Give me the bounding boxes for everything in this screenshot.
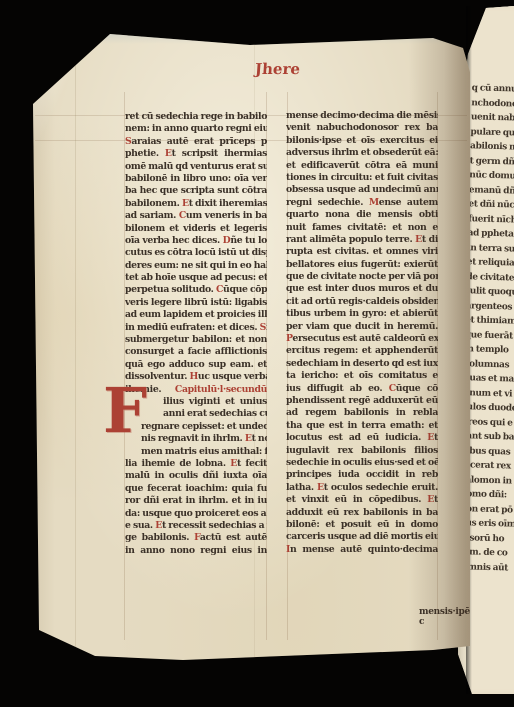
ink-text: t dixit iheremias bbox=[189, 198, 267, 209]
text-line: nem: in anno quarto regni eius bbox=[125, 123, 267, 135]
text-line: bilonis·ipse et oīs exercitus ei bbox=[286, 135, 438, 147]
ink-text: in mediū eufraten: et dices. bbox=[125, 322, 260, 333]
text-line: ret cū sedechia rege in babilo bbox=[125, 111, 267, 123]
text-line: nuit fames civitatē: et non e bbox=[286, 222, 438, 234]
ink-text: phetie. bbox=[125, 148, 165, 159]
ink-text: nis regnavit in ihrlm. bbox=[141, 433, 245, 444]
text-line: men matris eius amithal: fi bbox=[125, 446, 267, 458]
text-line: adduxit eū rex babilonis in ba bbox=[286, 507, 438, 519]
ink-text: ersecutus est autē caldeorū ex bbox=[292, 333, 438, 344]
text-line: regni sedechie. Mense autem bbox=[286, 197, 438, 209]
text-line: ba hec que scripta sunt cōtra bbox=[125, 185, 267, 197]
rubric-text: E bbox=[182, 198, 189, 209]
ink-text: araias autē erat prīceps p bbox=[131, 136, 267, 147]
ink-text: babilonē in libro uno: oīa ver bbox=[125, 173, 267, 184]
ink-text: submergetur babilon: et non bbox=[125, 334, 267, 345]
text-line: da: usque quo proiceret eos a faci bbox=[125, 508, 267, 520]
text-line: phetie. Et scripsit ihermias bbox=[125, 148, 267, 160]
ink-text: um veneris in ba bbox=[186, 210, 267, 221]
rubric-text: E bbox=[165, 148, 172, 159]
ink-text: perpetua solitudo. bbox=[125, 284, 216, 295]
rubric-text: C bbox=[389, 383, 396, 394]
text-line: et vinxit eū in cōpedibus. Et bbox=[286, 494, 438, 506]
ink-text: tiones in circuitu: et fuit civitas bbox=[286, 172, 438, 183]
manuscript-page: Jhere ret cū sedechia rege in babilonem:… bbox=[33, 30, 470, 675]
ink-text: ense autem bbox=[379, 197, 438, 208]
text-line: ror dñi erat in ihrlm. et in iu bbox=[125, 495, 267, 507]
next-leaf-text-line: uenit nab bbox=[471, 110, 514, 126]
ink-text: mense decimo·decima die mēsis bbox=[286, 110, 438, 121]
ink-text: rant alimēta populo terre. bbox=[286, 234, 415, 245]
illuminated-initial: F bbox=[103, 382, 147, 440]
ink-text: ūque cō bbox=[396, 383, 438, 394]
rubric-text: E bbox=[245, 433, 252, 444]
text-line: consurget a facie afflictionis bbox=[125, 346, 267, 358]
text-line: perpetua solitudo. Cūque cōple bbox=[125, 284, 267, 296]
text-line: carceris usque ad diē mortis eius. bbox=[286, 531, 438, 543]
ink-text: e sua. bbox=[125, 520, 155, 531]
text-line: rupta est civitas. et omnes viri bbox=[286, 246, 438, 258]
text-line: quarto nona die mensis obti bbox=[286, 209, 438, 221]
ink-text: bellatores eius fugerūt: exierūt bbox=[286, 259, 438, 270]
parchment-crease bbox=[75, 36, 76, 668]
ink-text: ius diffugit ab eo. bbox=[286, 383, 389, 394]
right-text-column: mense decimo·decima die mēsisvenit nabuc… bbox=[286, 110, 438, 556]
ink-text: men matris eius amithal: fi bbox=[141, 446, 267, 457]
ink-text: sedechie in oculis eius·sed et oēs bbox=[286, 457, 438, 468]
text-line: que fecerat ioachim: quia fu bbox=[125, 483, 267, 495]
text-line: phendissent regē adduxerūt eū bbox=[286, 395, 438, 407]
ink-text: ñe tu lo bbox=[230, 235, 267, 246]
text-line: Persecutus est autē caldeorū ex bbox=[286, 333, 438, 345]
text-line: lia ihemie de lobna. Et fecit bbox=[125, 458, 267, 470]
ink-text: ba hec que scripta sunt cōtra bbox=[125, 185, 267, 196]
ink-text: t di bbox=[422, 234, 438, 245]
ink-text: t bbox=[434, 494, 438, 505]
ink-text: ic bbox=[266, 322, 267, 333]
text-line: ad sariam. Cum veneris in ba bbox=[125, 210, 267, 222]
text-line: iugulavit rex babilonis filios bbox=[286, 445, 438, 457]
text-line: venit nabuchodonosor rex ba bbox=[286, 122, 438, 134]
text-line: ge babilonis. Factū est autē bbox=[125, 532, 267, 544]
ink-text: ūque cōple bbox=[223, 284, 267, 295]
text-line: tha que est in terra emath: et bbox=[286, 420, 438, 432]
ink-text: uc usque verba bbox=[198, 371, 267, 382]
ink-text: t no bbox=[252, 433, 267, 444]
ink-text: obsessa usque ad undecimū annū bbox=[286, 184, 438, 195]
text-line: babilonem. Et dixit iheremias bbox=[125, 198, 267, 210]
text-line: e sua. Et recessit sedechias a re bbox=[125, 520, 267, 532]
rubric-text: E bbox=[415, 234, 422, 245]
text-line: adversus ihrlm et obsederūt eā: bbox=[286, 147, 438, 159]
ink-text: carceris usque ad diē mortis eius. bbox=[286, 531, 438, 542]
ink-text: ilius viginti et unius bbox=[163, 396, 267, 407]
rubric-text: E bbox=[317, 482, 324, 493]
ink-text: bilonē: et posuit eū in domo bbox=[286, 519, 438, 530]
text-line: Saraias autē erat prīceps p bbox=[125, 136, 267, 148]
ink-text: cit ad ortū regis·caldeis obsiden bbox=[286, 296, 438, 307]
ink-text: nem: in anno quarto regni eius bbox=[125, 123, 267, 134]
next-leaf-text-line: et reliquias bbox=[467, 255, 514, 271]
ink-text: quā ego adduco sup eam. et bbox=[125, 359, 267, 370]
next-leaf-text-line: et thimiama bbox=[465, 313, 514, 329]
ink-text: tibus urbem in gyro: et abierūt bbox=[286, 308, 438, 319]
ink-text: ta iericho: et oīs comitatus e bbox=[286, 370, 438, 381]
ink-text: anni erat sedechias cum bbox=[163, 408, 267, 419]
catchword: mensis·ipē c bbox=[419, 607, 470, 627]
text-line: que de civitate nocte per viā porte bbox=[286, 271, 438, 283]
text-line: obsessa usque ad undecimū annū bbox=[286, 184, 438, 196]
text-line: babilonē in libro uno: oīa ver bbox=[125, 173, 267, 185]
ink-text: bilonem et videris et legeris bbox=[125, 223, 267, 234]
text-line: in mediū eufraten: et dices. Sic bbox=[125, 322, 267, 334]
ink-text: que est inter duos muros et du bbox=[286, 283, 438, 294]
ink-text: babilonem. bbox=[125, 198, 182, 209]
text-line: deres eum: ne sit qui in eo habi bbox=[125, 260, 267, 272]
ink-text: adversus ihrlm et obsederūt eā: bbox=[286, 147, 438, 158]
next-leaf-text-line: et dñi nūcij bbox=[468, 197, 514, 213]
text-line: in anno nono regni eius in bbox=[125, 545, 267, 557]
text-line: ercitus regem: et apphenderūt bbox=[286, 345, 438, 357]
ink-text: ad eum lapidem et proicies illū bbox=[125, 309, 267, 320]
ink-text: adduxit eū rex babilonis in ba bbox=[286, 507, 438, 518]
text-line: ad regem babilonis in rebla bbox=[286, 407, 438, 419]
ink-text: que de civitate nocte per viā porte bbox=[286, 271, 438, 282]
text-line: tet ab hoīe usque ad pecus: et sit bbox=[125, 272, 267, 284]
ink-text: bilonis·ipse et oīs exercitus ei bbox=[286, 135, 438, 146]
ink-text: cutus es cōtra locū istū ut disp bbox=[125, 247, 267, 258]
ink-text: t recessit sedechias a re bbox=[162, 520, 267, 531]
ink-text: iugulavit rex babilonis filios bbox=[286, 445, 438, 456]
text-line: submergetur babilon: et non bbox=[125, 334, 267, 346]
text-line: tiones in circuitu: et fuit civitas bbox=[286, 172, 438, 184]
ink-text: ad sariam. bbox=[125, 210, 179, 221]
text-line: principes iuda occidit in reb bbox=[286, 469, 438, 481]
rubric-text: M bbox=[369, 197, 379, 208]
next-leaf-text-line: abilonis m bbox=[470, 139, 514, 155]
text-line: rant alimēta populo terre. Et di bbox=[286, 234, 438, 246]
rubric-text: C bbox=[216, 284, 223, 295]
text-line: bilonem et videris et legeris bbox=[125, 223, 267, 235]
rubric-text: Capitulū·l·secundū bbox=[175, 384, 267, 395]
ink-text: deres eum: ne sit qui in eo habi bbox=[125, 260, 267, 271]
ink-text: quarto nona die mensis obti bbox=[286, 209, 438, 220]
ink-text: locutus est ad eū iudicia. bbox=[286, 432, 427, 443]
ink-text: principes iuda occidit in reb bbox=[286, 469, 438, 480]
ink-text: ad regem babilonis in rebla bbox=[286, 407, 438, 418]
ink-text: phendissent regē adduxerūt eū bbox=[286, 395, 438, 406]
ink-text: nuit fames civitatē: et non e bbox=[286, 222, 438, 233]
text-line: bilonē: et posuit eū in domo bbox=[286, 519, 438, 531]
ink-text: venit nabuchodonosor rex ba bbox=[286, 122, 438, 133]
text-line: que est inter duos muros et du bbox=[286, 283, 438, 295]
rubric-text: E bbox=[155, 520, 162, 531]
ink-text: per viam que ducit in heremū. bbox=[286, 321, 438, 332]
ink-text: ror dñi erat in ihrlm. et in iu bbox=[125, 495, 267, 506]
ink-text: in anno nono regni eius in bbox=[125, 545, 267, 556]
ink-text: rupta est civitas. et omnes viri bbox=[286, 246, 438, 257]
next-leaf-text-line: q cū annus bbox=[471, 81, 514, 97]
ink-text: veris legere librū istū: ligabis bbox=[125, 297, 267, 308]
text-line: quā ego adduco sup eam. et bbox=[125, 359, 267, 371]
text-line: cit ad ortū regis·caldeis obsiden bbox=[286, 296, 438, 308]
ink-text: que fecerat ioachim: quia fu bbox=[125, 483, 267, 494]
ink-text: tet ab hoīe usque ad pecus: et sit bbox=[125, 272, 267, 283]
text-line: sedechie in oculis eius·sed et oēs bbox=[286, 457, 438, 469]
text-line: ius diffugit ab eo. Cūque cō bbox=[286, 383, 438, 395]
rubric-text: E bbox=[230, 458, 237, 469]
text-line: bellatores eius fugerūt: exierūt bbox=[286, 259, 438, 271]
ink-text: n mense autē quinto·decima bbox=[290, 544, 438, 555]
text-line: veris legere librū istū: ligabis bbox=[125, 297, 267, 309]
photo-stage: q cū annusnchodonouenit nabpulare quidab… bbox=[0, 0, 514, 707]
ink-text: t bbox=[434, 432, 438, 443]
text-line: tibus urbem in gyro: et abierūt bbox=[286, 308, 438, 320]
text-line: oīa verba hec dices. Dñe tu lo bbox=[125, 235, 267, 247]
rubric-text: H bbox=[189, 371, 197, 382]
ink-text: t fecit bbox=[237, 458, 267, 469]
next-leaf-text-line: nūc domus bbox=[469, 168, 514, 184]
text-line: cutus es cōtra locū istū ut disp bbox=[125, 247, 267, 259]
text-line: mense decimo·decima die mēsis bbox=[286, 110, 438, 122]
ink-text: sedechiam in deserto qd est iux bbox=[286, 358, 438, 369]
text-line: per viam que ducit in heremū. bbox=[286, 321, 438, 333]
text-line: latha. Et oculos sedechie eruit. bbox=[286, 482, 438, 494]
ink-text: et edificaverūt cōtra eā muni bbox=[286, 160, 438, 171]
ink-text: omē malū qd venturus erat sup bbox=[125, 161, 267, 172]
ink-text: oīa verba hec dices. bbox=[125, 235, 223, 246]
text-line: ta iericho: et oīs comitatus e bbox=[286, 370, 438, 382]
text-line: In mense autē quinto·decima bbox=[286, 544, 438, 556]
ink-text: actū est autē bbox=[200, 532, 267, 543]
left-text-column: ret cū sedechia rege in babilonem: in an… bbox=[125, 111, 267, 557]
next-leaf-text-line: tulit quoque bbox=[466, 284, 514, 300]
ink-text: et vinxit eū in cōpedibus. bbox=[286, 494, 427, 505]
ink-text: ercitus regem: et apphenderūt bbox=[286, 345, 438, 356]
ink-text: latha. bbox=[286, 482, 317, 493]
text-line: locutus est ad eū iudicia. Et bbox=[286, 432, 438, 444]
text-line: malū in oculis dñi iuxta oīa bbox=[125, 470, 267, 482]
rubric-text: C bbox=[179, 210, 186, 221]
ink-text: ge babilonis. bbox=[125, 532, 194, 543]
ink-text: malū in oculis dñi iuxta oīa bbox=[125, 470, 267, 481]
ink-text: lia ihemie de lobna. bbox=[125, 458, 230, 469]
ink-text: ret cū sedechia rege in babilo bbox=[125, 111, 267, 122]
next-leaf-text-line: ad ppheta bbox=[467, 226, 514, 242]
running-title: Jhere bbox=[254, 60, 300, 78]
text-line: ad eum lapidem et proicies illū bbox=[125, 309, 267, 321]
ink-text: t scripsit ihermias bbox=[172, 148, 267, 159]
ink-text: da: usque quo proiceret eos a faci bbox=[125, 508, 267, 519]
ink-text: regnare cepisset: et undecim ā bbox=[141, 421, 267, 432]
ink-text: tha que est in terra emath: et bbox=[286, 420, 438, 431]
ink-text: consurget a facie afflictionis bbox=[125, 346, 267, 357]
text-line: et edificaverūt cōtra eā muni bbox=[286, 160, 438, 172]
text-line: omē malū qd venturus erat sup bbox=[125, 161, 267, 173]
ink-text: t oculos sedechie eruit. bbox=[324, 482, 438, 493]
text-line: sedechiam in deserto qd est iux bbox=[286, 358, 438, 370]
ink-text: regni sedechie. bbox=[286, 197, 369, 208]
